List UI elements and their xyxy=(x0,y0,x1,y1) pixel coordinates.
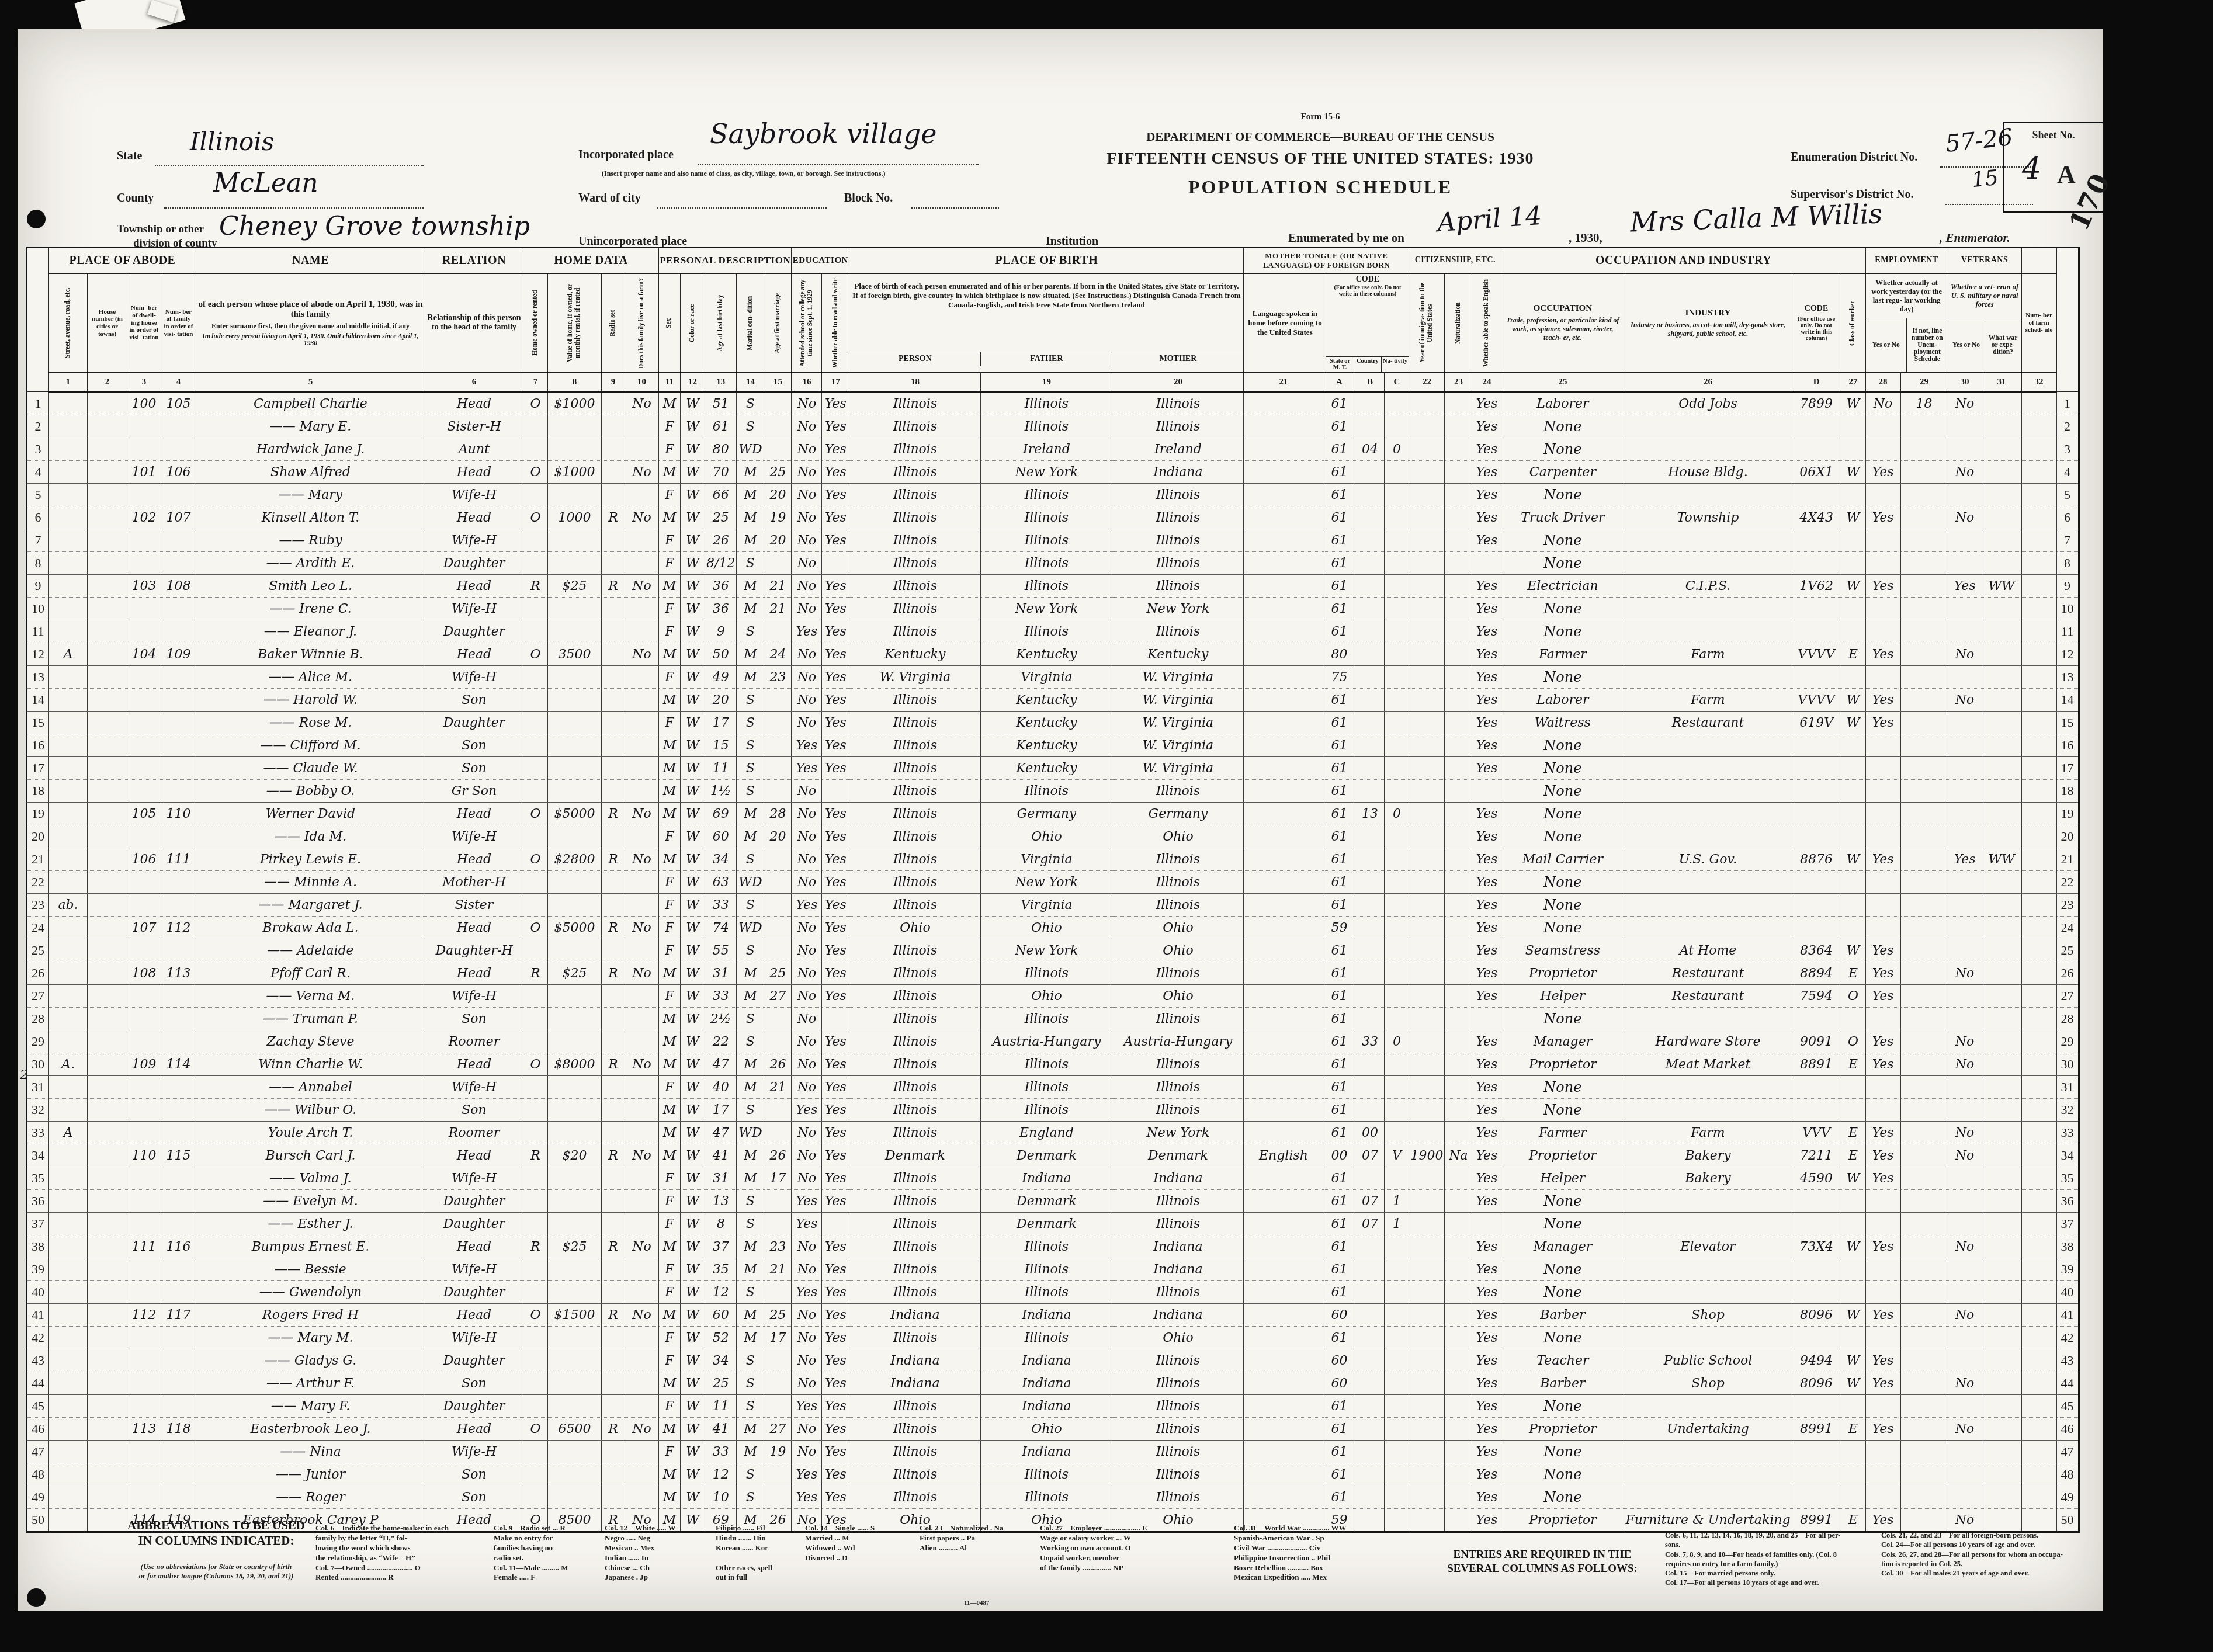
cell: English xyxy=(1244,1144,1323,1167)
cell: None xyxy=(1501,529,1624,552)
cell: 7594 xyxy=(1792,985,1841,1008)
column-number: 17 xyxy=(822,373,849,392)
cell xyxy=(523,1122,548,1144)
col3-header: Num- ber of dwell- ing house in order of… xyxy=(127,303,161,342)
cell xyxy=(161,1327,196,1349)
cell: 108 xyxy=(127,962,161,985)
cell: O xyxy=(523,643,548,666)
cell xyxy=(1355,392,1385,415)
cell xyxy=(1244,1372,1323,1395)
census-title: FIFTEENTH CENSUS OF THE UNITED STATES: 1… xyxy=(1087,150,1554,168)
cell: R xyxy=(602,1418,625,1441)
cell: Illinois xyxy=(981,392,1112,415)
cell: VVV xyxy=(1792,1122,1841,1144)
cell xyxy=(88,1418,127,1441)
cell: F xyxy=(659,1441,681,1463)
cell xyxy=(1445,598,1472,620)
cell: $25 xyxy=(548,1235,602,1258)
cell xyxy=(1865,484,1900,506)
cell xyxy=(1841,1486,1865,1509)
cell xyxy=(1624,415,1792,438)
cell xyxy=(1409,712,1445,734)
cell: 24 xyxy=(764,643,792,666)
cell: Indiana xyxy=(1112,1167,1244,1190)
cell: R xyxy=(602,962,625,985)
cell xyxy=(1900,1144,1948,1167)
line-number-right: 16 xyxy=(2056,734,2079,757)
cell xyxy=(1445,1418,1472,1441)
cell xyxy=(1841,1327,1865,1349)
cell xyxy=(625,1076,659,1099)
cell xyxy=(1624,803,1792,825)
cell xyxy=(1900,757,1948,780)
group-citizenship: CITIZENSHIP, ETC. xyxy=(1409,248,1501,274)
cell xyxy=(1409,1509,1445,1532)
line-number-left: 20 xyxy=(27,825,49,848)
cell: 21 xyxy=(764,598,792,620)
cell: 108 xyxy=(161,575,196,598)
cell xyxy=(625,1258,659,1281)
cell xyxy=(1792,484,1841,506)
cell: Yes xyxy=(822,484,849,506)
cell: Illinois xyxy=(849,1418,981,1441)
cell xyxy=(127,1122,161,1144)
cell xyxy=(1385,1418,1409,1441)
cell xyxy=(1624,757,1792,780)
cell xyxy=(523,939,548,962)
cell xyxy=(625,1213,659,1235)
line-number-right: 30 xyxy=(2056,1053,2079,1076)
cell xyxy=(49,871,88,894)
cell: No xyxy=(792,1122,822,1144)
cell: F xyxy=(659,1327,681,1349)
col10-header: Does this family live on a farm? xyxy=(638,277,646,369)
cell xyxy=(625,1372,659,1395)
cell: 115 xyxy=(161,1144,196,1167)
cell xyxy=(548,1441,602,1463)
line-number-right: 37 xyxy=(2056,1213,2079,1235)
cell xyxy=(2021,1099,2056,1122)
cell: ab. xyxy=(49,894,88,917)
cell: Indiana xyxy=(981,1349,1112,1372)
cell xyxy=(1948,1008,1982,1030)
cell: No xyxy=(625,1235,659,1258)
hole-punch xyxy=(27,1588,46,1607)
cell xyxy=(2021,1349,2056,1372)
cell: 36 xyxy=(705,598,737,620)
col4-header: Num- ber of family in order of visi- tat… xyxy=(161,307,196,339)
cell: M xyxy=(659,1486,681,1509)
cell xyxy=(1445,529,1472,552)
cell: W xyxy=(681,1053,705,1076)
cell xyxy=(1445,939,1472,962)
cell: —— Nina xyxy=(196,1441,425,1463)
cell xyxy=(548,689,602,712)
cell xyxy=(1445,1441,1472,1463)
cell: WD xyxy=(737,871,764,894)
cell: Head xyxy=(425,848,523,871)
cell: 55 xyxy=(705,939,737,962)
cell: W xyxy=(681,734,705,757)
cell xyxy=(1445,1167,1472,1190)
column-number: 30 xyxy=(1948,373,1982,392)
cell: New York xyxy=(981,461,1112,484)
cell: W xyxy=(1841,1349,1865,1372)
cell xyxy=(1244,598,1323,620)
cell xyxy=(127,1190,161,1213)
cell: 8/12 xyxy=(705,552,737,575)
cell: Yes xyxy=(1865,1372,1900,1395)
line-number-left: 21 xyxy=(27,848,49,871)
cell xyxy=(1355,1008,1385,1030)
cell xyxy=(764,734,792,757)
cell xyxy=(548,666,602,689)
cell: W xyxy=(681,1213,705,1235)
cell xyxy=(88,1463,127,1486)
cell: No xyxy=(792,598,822,620)
cell xyxy=(548,712,602,734)
cell xyxy=(1982,484,2021,506)
cell: 1000 xyxy=(548,506,602,529)
cell: M xyxy=(659,1053,681,1076)
cell xyxy=(1624,1076,1792,1099)
cell: O xyxy=(523,461,548,484)
cell: M xyxy=(659,643,681,666)
cell xyxy=(161,1441,196,1463)
cell: W xyxy=(681,917,705,939)
cell: —— Bobby O. xyxy=(196,780,425,803)
cell: Indiana xyxy=(1112,1304,1244,1327)
cell xyxy=(1445,780,1472,803)
cell xyxy=(1982,734,2021,757)
cell: —— Junior xyxy=(196,1463,425,1486)
cell xyxy=(602,1395,625,1418)
sheet-label: Sheet No. xyxy=(2004,129,2103,141)
column-number: 25 xyxy=(1501,373,1624,392)
cell xyxy=(1792,1395,1841,1418)
cell: 2½ xyxy=(705,1008,737,1030)
line-number-left: 27 xyxy=(27,985,49,1008)
cell xyxy=(1244,712,1323,734)
cell xyxy=(1982,1281,2021,1304)
cell: No xyxy=(1948,392,1982,415)
cell xyxy=(1865,757,1900,780)
cell xyxy=(1982,689,2021,712)
cell xyxy=(602,529,625,552)
line-number-left: 22 xyxy=(27,871,49,894)
cell: Waitress xyxy=(1501,712,1624,734)
cell: —— Truman P. xyxy=(196,1008,425,1030)
cell: Illinois xyxy=(849,712,981,734)
column-number: 21 xyxy=(1244,373,1323,392)
line-number-left: 45 xyxy=(27,1395,49,1418)
cell: Germany xyxy=(1112,803,1244,825)
cell: Yes xyxy=(1865,1167,1900,1190)
cell: Yes xyxy=(1865,1304,1900,1327)
cell xyxy=(602,484,625,506)
cell: Yes xyxy=(822,666,849,689)
cell xyxy=(602,1122,625,1144)
cell xyxy=(88,1008,127,1030)
cell xyxy=(161,1030,196,1053)
cell: Yes xyxy=(822,506,849,529)
cell xyxy=(1982,917,2021,939)
cell xyxy=(2021,1395,2056,1418)
cell: Hardwick Jane J. xyxy=(196,438,425,461)
cell xyxy=(49,1327,88,1349)
cell xyxy=(1982,1076,2021,1099)
cell xyxy=(1445,1281,1472,1304)
cell xyxy=(602,666,625,689)
cell: No xyxy=(792,1372,822,1395)
cell: W xyxy=(681,575,705,598)
cell: R xyxy=(602,1235,625,1258)
cell: Yes xyxy=(1472,1304,1501,1327)
cell: None xyxy=(1501,1258,1624,1281)
cell: O xyxy=(523,1053,548,1076)
cell xyxy=(1409,939,1445,962)
cell: 8364 xyxy=(1792,939,1841,962)
schedule-row: 43—— Gladys G.DaughterFW34SNoYesIndianaI… xyxy=(27,1349,2079,1372)
cell: Head xyxy=(425,1304,523,1327)
cell: 103 xyxy=(127,575,161,598)
cell xyxy=(1948,438,1982,461)
cell: 17 xyxy=(764,1327,792,1349)
cell xyxy=(1445,825,1472,848)
cell xyxy=(49,598,88,620)
cell: Odd Jobs xyxy=(1624,392,1792,415)
cell: Son xyxy=(425,1486,523,1509)
line-number-left: 4 xyxy=(27,461,49,484)
cell xyxy=(1792,1463,1841,1486)
cell: Farm xyxy=(1624,689,1792,712)
cell: Daughter xyxy=(425,1213,523,1235)
cell: 102 xyxy=(127,506,161,529)
cell xyxy=(625,689,659,712)
cell xyxy=(88,461,127,484)
cell xyxy=(523,620,548,643)
cell xyxy=(1982,1258,2021,1281)
cell xyxy=(127,894,161,917)
cell: 61 xyxy=(1323,1395,1355,1418)
cell xyxy=(1865,1395,1900,1418)
cell xyxy=(1982,1486,2021,1509)
cell: No xyxy=(1948,689,1982,712)
cell: Illinois xyxy=(981,620,1112,643)
column-number: A xyxy=(1323,373,1355,392)
cell xyxy=(2021,1053,2056,1076)
cell: F xyxy=(659,1190,681,1213)
cell: None xyxy=(1501,1190,1624,1213)
cell: Yes xyxy=(1472,461,1501,484)
cell: Yes xyxy=(822,1235,849,1258)
cell: None xyxy=(1501,1213,1624,1235)
cell xyxy=(1948,917,1982,939)
cell: 34 xyxy=(705,1349,737,1372)
line-number-right: 24 xyxy=(2056,917,2079,939)
schedule-row: 19105110Werner DavidHeadO$5000RNoMW69M28… xyxy=(27,803,2079,825)
cell xyxy=(1900,689,1948,712)
line-number-left: 24 xyxy=(27,917,49,939)
cell: 28 xyxy=(764,803,792,825)
cell: Yes xyxy=(1865,1144,1900,1167)
cell: New York xyxy=(1112,1122,1244,1144)
schedule-row: 7—— RubyWife-HFW26M20NoYesIllinoisIllino… xyxy=(27,529,2079,552)
cell: S xyxy=(737,552,764,575)
cell: 47 xyxy=(705,1053,737,1076)
cell: Illinois xyxy=(849,962,981,985)
line-number-left: 9 xyxy=(27,575,49,598)
cell xyxy=(1792,415,1841,438)
cell: Illinois xyxy=(849,506,981,529)
cell xyxy=(1900,1463,1948,1486)
cell xyxy=(1244,1463,1323,1486)
cell: W xyxy=(681,780,705,803)
column-number: 16 xyxy=(792,373,822,392)
cell xyxy=(1385,962,1409,985)
cell: Yes xyxy=(1865,1509,1900,1532)
cell xyxy=(2021,871,2056,894)
cell: Daughter-H xyxy=(425,939,523,962)
line-number-right: 22 xyxy=(2056,871,2079,894)
cell: W. Virginia xyxy=(1112,757,1244,780)
cell xyxy=(1900,825,1948,848)
cell xyxy=(2021,894,2056,917)
cell: S xyxy=(737,1008,764,1030)
cell xyxy=(625,939,659,962)
cell: W xyxy=(681,985,705,1008)
cell: W xyxy=(1841,939,1865,962)
line-number-right: 2 xyxy=(2056,415,2079,438)
cell: Head xyxy=(425,1418,523,1441)
cell: 3500 xyxy=(548,643,602,666)
cell xyxy=(1244,529,1323,552)
cell xyxy=(602,1463,625,1486)
cell: S xyxy=(737,1190,764,1213)
cell: Yes xyxy=(1472,438,1501,461)
cell: Illinois xyxy=(849,803,981,825)
cell: No xyxy=(1948,1372,1982,1395)
cell: Yes xyxy=(1472,1441,1501,1463)
cell xyxy=(1409,689,1445,712)
schedule-row: 35—— Valma J.Wife-HFW31M17NoYesIllinoisI… xyxy=(27,1167,2079,1190)
cell xyxy=(161,825,196,848)
cell xyxy=(127,871,161,894)
cell: Yes xyxy=(1472,643,1501,666)
cell xyxy=(1409,757,1445,780)
cell xyxy=(1900,1258,1948,1281)
cell xyxy=(1385,392,1409,415)
cell: M xyxy=(737,1418,764,1441)
cell: 26 xyxy=(764,1144,792,1167)
cell xyxy=(2021,1281,2056,1304)
cell: Yes xyxy=(822,1418,849,1441)
cell xyxy=(1355,1372,1385,1395)
cell xyxy=(1948,985,1982,1008)
cell: 106 xyxy=(127,848,161,871)
cell xyxy=(1982,712,2021,734)
cell: 20 xyxy=(764,529,792,552)
cell xyxy=(1982,1167,2021,1190)
cell xyxy=(1900,643,1948,666)
cell: W xyxy=(1841,1167,1865,1190)
cell: 61 xyxy=(1323,598,1355,620)
cell xyxy=(1445,1076,1472,1099)
cell xyxy=(1409,1122,1445,1144)
cell xyxy=(1445,643,1472,666)
cell: No xyxy=(1948,1509,1982,1532)
cell: Yes xyxy=(1472,1372,1501,1395)
cell: Aunt xyxy=(425,438,523,461)
column-number: 32 xyxy=(2021,373,2056,392)
cell: Ireland xyxy=(1112,438,1244,461)
schedule-row: 3Hardwick Jane J.AuntFW80WDNoYesIllinois… xyxy=(27,438,2079,461)
col11-header: Sex xyxy=(665,277,673,369)
cell xyxy=(88,894,127,917)
cell: 60 xyxy=(1323,1349,1355,1372)
line-number-right: 12 xyxy=(2056,643,2079,666)
cell: 26 xyxy=(764,1053,792,1076)
cell xyxy=(1900,1076,1948,1099)
column-number: 11 xyxy=(659,373,681,392)
line-number-left: 30 xyxy=(27,1053,49,1076)
cell xyxy=(88,1486,127,1509)
col9-header: Radio set xyxy=(609,277,617,369)
cell: Ohio xyxy=(849,917,981,939)
cell: Pirkey Lewis E. xyxy=(196,848,425,871)
cell xyxy=(2021,985,2056,1008)
column-number: D xyxy=(1792,373,1841,392)
cell: F xyxy=(659,825,681,848)
cell: No xyxy=(625,392,659,415)
cell: 60 xyxy=(705,825,737,848)
cell xyxy=(2021,643,2056,666)
cell xyxy=(1409,1304,1445,1327)
col27-header: Class of worker xyxy=(1849,277,1857,369)
cell xyxy=(548,1076,602,1099)
cell xyxy=(1982,415,2021,438)
cell: Yes xyxy=(1865,712,1900,734)
cell xyxy=(1355,620,1385,643)
cell xyxy=(1865,1281,1900,1304)
line-number-left: 3 xyxy=(27,438,49,461)
cell: Illinois xyxy=(1112,962,1244,985)
cell: 61 xyxy=(1323,1053,1355,1076)
cell: Yes xyxy=(822,1099,849,1122)
cell xyxy=(49,506,88,529)
cell: $25 xyxy=(548,962,602,985)
cell: Son xyxy=(425,689,523,712)
cell: W. Virginia xyxy=(1112,689,1244,712)
cell xyxy=(49,1281,88,1304)
cell xyxy=(1900,1167,1948,1190)
cell: 0 xyxy=(1385,438,1409,461)
cell xyxy=(1841,1441,1865,1463)
cell xyxy=(1982,894,2021,917)
cell xyxy=(127,825,161,848)
col30-header: Yes or No xyxy=(1948,318,1985,372)
cell xyxy=(1385,871,1409,894)
cell xyxy=(2021,484,2056,506)
cell: No xyxy=(792,643,822,666)
cell: Illinois xyxy=(1112,871,1244,894)
cell xyxy=(602,1372,625,1395)
cell: Yes xyxy=(1472,1258,1501,1281)
cell: M xyxy=(737,825,764,848)
cell: 61 xyxy=(1323,871,1355,894)
column-number: 18 xyxy=(849,373,981,392)
cell: 61 xyxy=(1323,1258,1355,1281)
